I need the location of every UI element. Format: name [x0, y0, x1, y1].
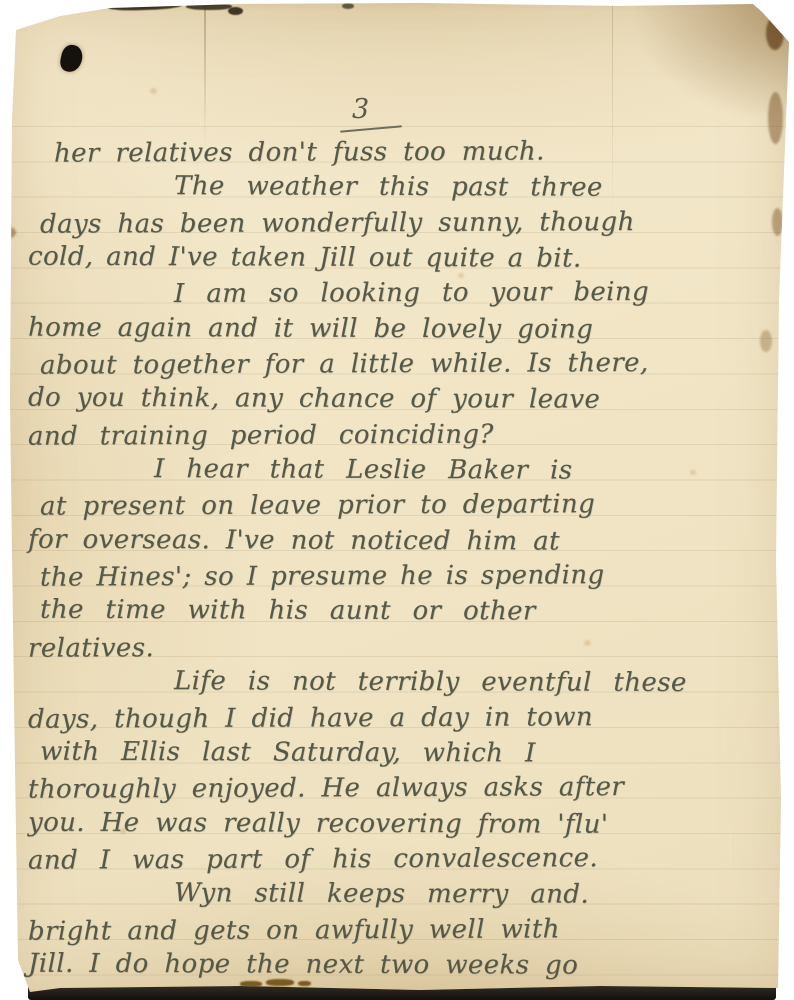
handwriting-line: thoroughly enjoyed. He always asks after	[28, 772, 784, 811]
top-edge-burn-mark	[108, 1, 182, 12]
top-edge-burn-mark	[342, 3, 354, 9]
left-edge-stain	[3, 227, 16, 238]
handwriting-line: about together for a little while. Is th…	[40, 347, 784, 386]
handwriting-line: and I was part of his convalescence.	[28, 842, 784, 881]
handwriting-line: at present on leave prior to departing	[40, 489, 784, 528]
handwritten-text-block: her relatives don't fuss too much. The w…	[34, 137, 784, 985]
foxing-spot	[150, 88, 157, 94]
handwriting-line: Wyn still keeps merry and.	[34, 878, 784, 916]
handwriting-line: I am so looking to your being	[34, 277, 784, 316]
page-number: 3	[352, 94, 369, 125]
handwriting-line: cold, and I've taken Jill out quite a bi…	[28, 242, 784, 280]
handwriting-line: for overseas. I've not noticed him at	[28, 524, 784, 562]
top-edge-burn-mark	[228, 7, 243, 15]
handwriting-line: her relatives don't fuss too much.	[54, 135, 784, 174]
handwriting-line: do you think, any chance of your leave	[28, 383, 784, 421]
handwriting-line: and training period coinciding?	[28, 418, 784, 457]
right-edge-stain	[766, 16, 784, 50]
letter-paper-sheet: 3 her relatives don't fuss too much. The…	[0, 0, 794, 1000]
paper-crease	[204, 6, 206, 146]
handwriting-line: The weather this past three	[34, 171, 784, 209]
handwriting-line: the time with his aunt or other	[40, 595, 784, 633]
handwriting-line: with Ellis last Saturday, which I	[40, 737, 784, 775]
punch-hole	[58, 43, 84, 74]
handwriting-line: home again and it will be lovely going	[28, 312, 784, 350]
handwriting-line: days has been wonderfully sunny, though	[40, 206, 784, 245]
top-edge-burn-mark	[186, 3, 232, 10]
handwriting-line: Jill. I do hope the next two weeks go	[28, 949, 784, 987]
handwriting-line: you. He was really recovering from 'flu'	[28, 807, 784, 845]
handwriting-line: bright and gets on awfully well with	[28, 913, 784, 952]
handwriting-line: I hear that Leslie Baker is	[34, 454, 784, 492]
handwriting-line: relatives.	[28, 630, 784, 669]
handwriting-line: days, though I did have a day in town	[28, 701, 784, 740]
scanned-letter-page: 3 her relatives don't fuss too much. The…	[0, 0, 794, 1000]
handwriting-line: the Hines'; so I presume he is spending	[40, 560, 784, 599]
handwriting-line: Life is not terribly eventful these	[34, 666, 784, 704]
